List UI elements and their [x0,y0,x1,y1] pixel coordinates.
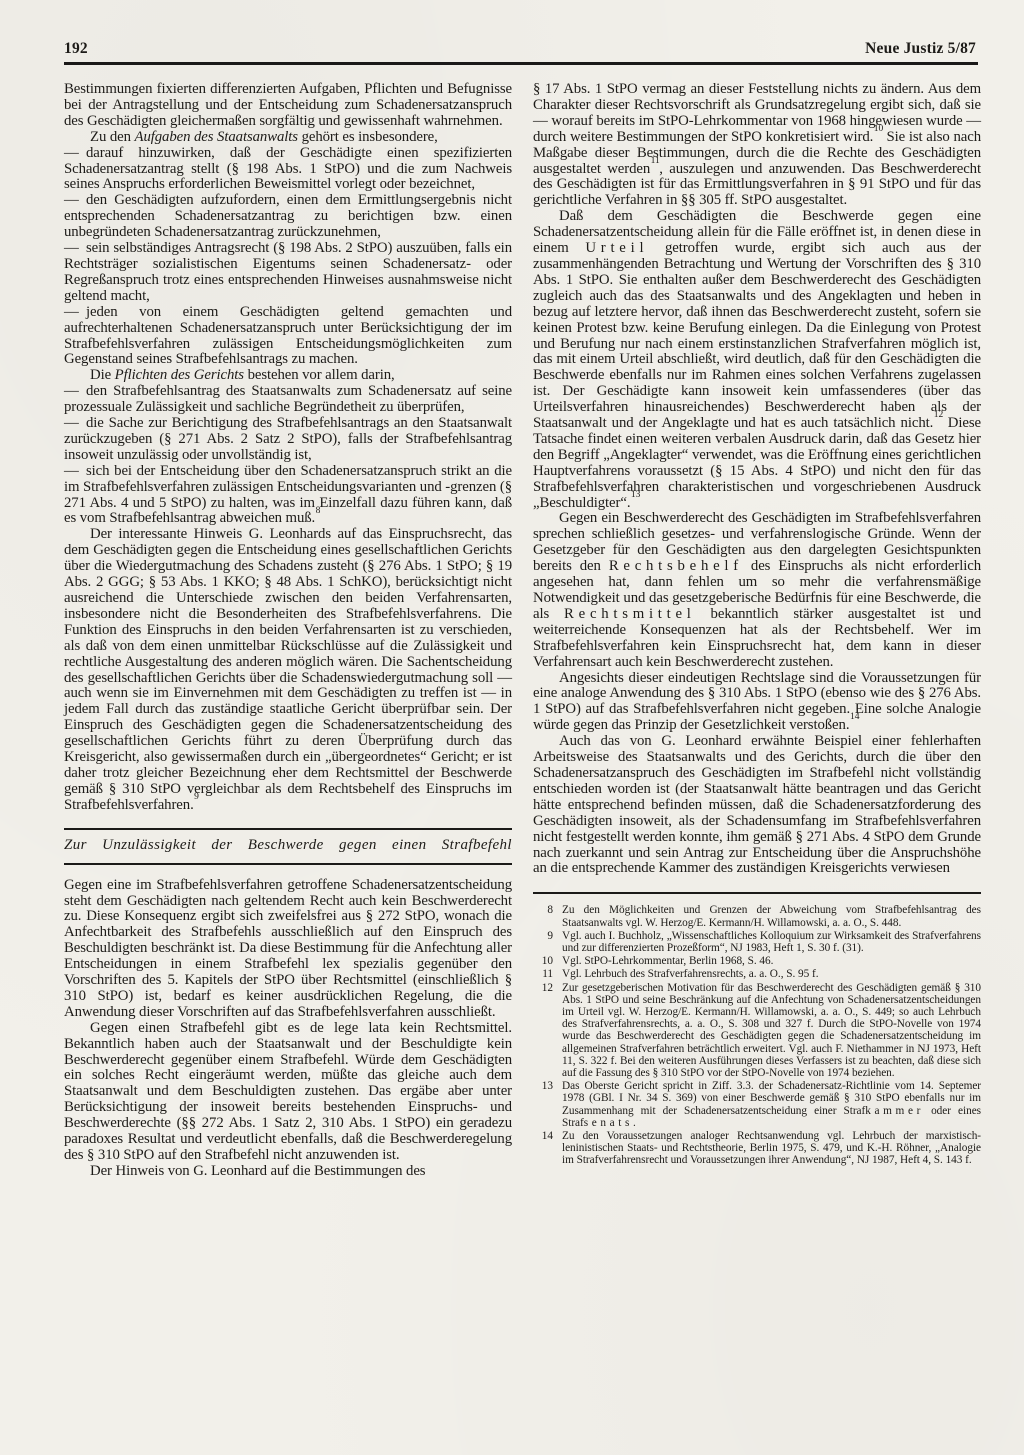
right-column: § 17 Abs. 1 StPO vermag an dieser Festst… [533,82,981,1180]
section-heading: Zur Unzulässigkeit der Beschwerde gegen … [64,838,512,854]
footnote-text: Vgl. StPO-Lehrkommentar, Berlin 1968, S.… [562,955,981,967]
footnote-number: 11 [533,968,553,980]
dash-item: — darauf hinzuwirken, daß der Geschädigt… [64,146,512,194]
footnote: 13 Das Oberste Gericht spricht in Ziff. … [533,1080,981,1129]
header-rule [64,62,978,65]
text-columns: Bestimmungen fixierten differenzierten A… [64,82,978,1180]
paragraph: Daß dem Geschädigten die Beschwerde gege… [533,209,981,511]
paragraph: Gegen eine im Strafbefehlsverfahren getr… [64,878,512,1021]
footnote-marker: 14 [850,712,860,722]
paragraph: Die Pflichten des Gerichts bestehen vor … [64,368,512,384]
footnotes-section: 8 Zu den Möglichkeiten und Grenzen der A… [533,892,981,1166]
letterspaced-text: Rechtsmittel [564,606,696,622]
page-header: 192 Neue Justiz 5/87 [64,40,978,58]
dash-item: — sich bei der Entscheidung über den Sch… [64,464,512,528]
footnote-marker: 9 [194,792,199,802]
footnote-text: Zu den Voraussetzungen analoger Rechtsan… [562,1130,981,1167]
footnote-marker: 8 [316,506,321,516]
footnote: 11 Vgl. Lehrbuch des Strafverfahrensrech… [533,968,981,980]
footnote-marker: 10 [874,124,884,134]
letterspaced-text: Rechtsbehelf [609,558,743,574]
footnote-number: 8 [533,904,553,928]
paragraph: Der Hinweis von G. Leonhard auf die Best… [64,1164,512,1180]
text-segment: bestehen vor allem darin, [244,367,395,383]
emphasized-text: Pflichten des Gerichts [115,367,244,383]
page-number: 192 [64,40,88,58]
text-segment: getroffen wurde, ergibt sich auch aus de… [533,240,981,431]
footnote-marker: 12 [934,410,944,420]
footnote: 8 Zu den Möglichkeiten und Grenzen der A… [533,904,981,928]
text-segment: gehört es insbesondere, [298,129,438,145]
footnote: 9 Vgl. auch I. Buchholz, „Wissenschaftli… [533,930,981,954]
journal-page: 192 Neue Justiz 5/87 Bestimmungen fixier… [0,0,1024,1455]
dash-item: — den Geschädigten aufzufordern, einen d… [64,193,512,241]
letterspaced-text: kammer [865,1105,924,1117]
dash-item: — sein selbständiges Antragsrecht (§ 198… [64,241,512,305]
footnote: 12 Zur gesetzgeberischen Motivation für … [533,982,981,1080]
footnote-number: 10 [533,955,553,967]
journal-title: Neue Justiz 5/87 [865,40,976,58]
text-segment: Angesichts dieser eindeutigen Rechtslage… [533,670,981,734]
paragraph: Der interessante Hinweis G. Leonhards au… [64,527,512,813]
footnote-number: 14 [533,1130,553,1167]
section-heading-block: Zur Unzulässigkeit der Beschwerde gegen … [64,828,512,865]
dash-item: — die Sache zur Berichtigung des Strafbe… [64,416,512,464]
paragraph: Gegen ein Beschwerderecht des Geschädigt… [533,511,981,670]
footnote-text: Vgl. auch I. Buchholz, „Wissenschaftlich… [562,930,981,954]
letterspaced-text: senats [584,1117,633,1129]
dash-item: — jeden von einem Geschädigten geltend g… [64,305,512,369]
footnote-text: Vgl. Lehrbuch des Strafverfahrensrechts,… [562,968,981,980]
text-segment: — sich bei der Entscheidung über den Sch… [64,463,512,527]
paragraph: § 17 Abs. 1 StPO vermag an dieser Festst… [533,82,981,209]
footnote-number: 9 [533,930,553,954]
footnote-text: Das Oberste Gericht spricht in Ziff. 3.3… [562,1080,981,1129]
footnote-text: Zur gesetzgeberischen Motivation für das… [562,982,981,1080]
footnote: 14 Zu den Voraussetzungen analoger Recht… [533,1130,981,1167]
paragraph: Bestimmungen fixierten differenzierten A… [64,82,512,130]
paragraph: Zu den Aufgaben des Staatsanwalts gehört… [64,130,512,146]
text-segment: Die [90,367,115,383]
paragraph: Angesichts dieser eindeutigen Rechtslage… [533,671,981,735]
footnote-number: 13 [533,1080,553,1129]
text-segment: Zu den [90,129,135,145]
footnote-marker: 13 [631,490,641,500]
emphasized-text: Aufgaben des Staatsanwalts [135,129,298,145]
letterspaced-text: Urteil [585,240,648,256]
footnote: 10 Vgl. StPO-Lehrkommentar, Berlin 1968,… [533,955,981,967]
text-segment: Der interessante Hinweis G. Leonhards au… [64,526,512,812]
paragraph: Gegen einen Strafbefehl gibt es de lege … [64,1021,512,1164]
footnote-number: 12 [533,982,553,1080]
footnote-marker: 11 [651,156,660,166]
left-column: Bestimmungen fixierten differenzierten A… [64,82,512,1180]
text-segment: . [633,1117,636,1129]
paragraph: Auch das von G. Leonhard erwähnte Beispi… [533,734,981,877]
footnote-text: Zu den Möglichkeiten und Grenzen der Abw… [562,904,981,928]
dash-item: — den Strafbefehlsantrag des Staatsanwal… [64,384,512,416]
